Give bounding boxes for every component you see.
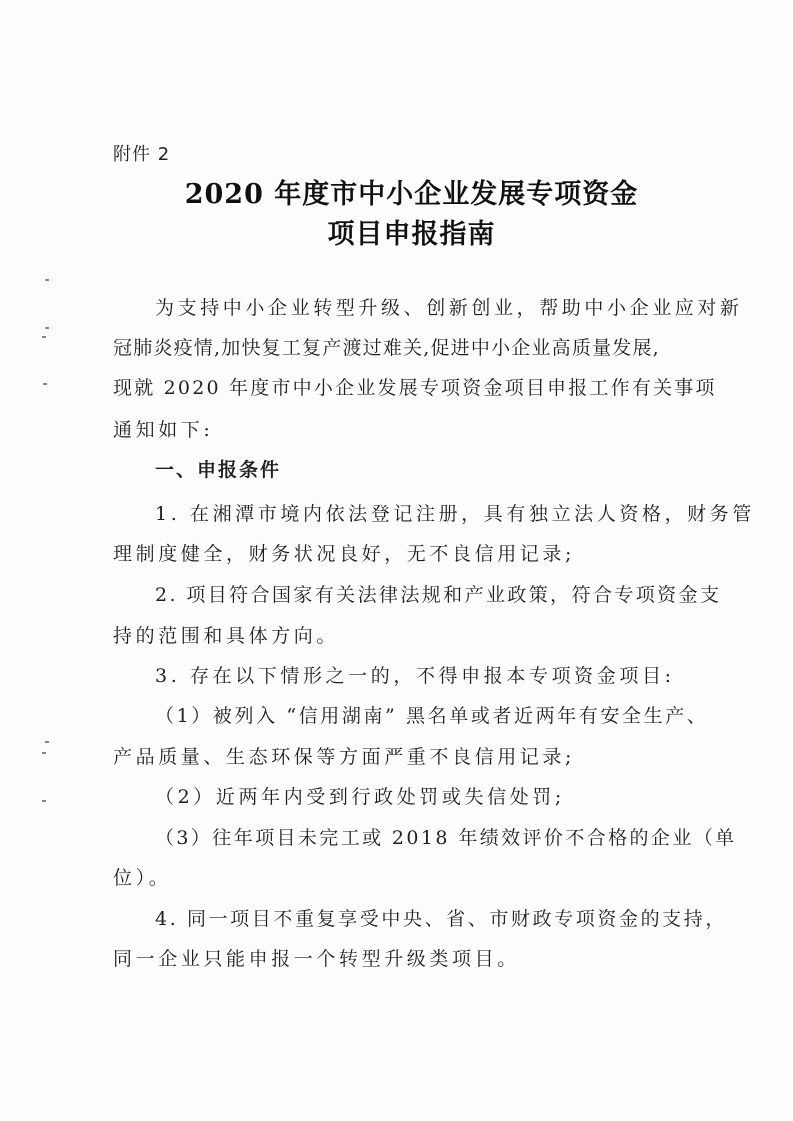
list-item-line: 1. 在湘潭市境内依法登记注册，具有独立法人资格，财务管 [155,502,735,526]
sub-item-line: （1）被列入 “信用湖南” 黑名单或者近两年有安全生产、 [155,704,735,728]
scan-mark [42,800,46,802]
section-heading: 一、申报条件 [155,458,735,482]
attachment-label: 附件 2 [113,140,170,166]
intro-line: 通知如下: [113,418,693,442]
scan-mark [45,279,49,281]
intro-line: 现就 2020 年度市中小企业发展专项资金项目申报工作有关事项 [113,376,693,400]
list-item-line: 持的范围和具体方向。 [113,624,693,648]
sub-item-line: （3）往年项目未完工或 2018 年绩效评价不合格的企业（单 [155,826,735,850]
list-item-line: 3. 存在以下情形之一的，不得申报本专项资金项目: [155,664,735,688]
document-title-line1: 2020 年度市中小企业发展专项资金 [15,172,793,211]
scan-mark [42,752,46,754]
document-page: 附件 2 2020 年度市中小企业发展专项资金 项目申报指南 为支持中小企业转型… [0,0,793,1121]
scan-mark [43,383,47,385]
intro-line: 为支持中小企业转型升级、创新创业，帮助中小企业应对新 [155,296,735,320]
intro-line: 冠肺炎疫情,加快复工复产渡过难关,促进中小企业高质量发展, [113,336,693,360]
list-item-line: 4. 同一项目不重复享受中央、省、市财政专项资金的支持， [155,907,735,931]
list-item-line: 同一企业只能申报一个转型升级类项目。 [113,947,693,971]
scan-mark [45,741,49,743]
scan-mark [42,336,46,338]
list-item-line: 2. 项目符合国家有关法律法规和产业政策，符合专项资金支 [155,583,735,607]
sub-item-line: （2）近两年内受到行政处罚或失信处罚; [155,785,735,809]
scan-mark [45,327,49,329]
sub-item-line: 位）。 [113,866,693,890]
sub-item-line: 产品质量、生态环保等方面严重不良信用记录; [113,745,693,769]
document-title-line2: 项目申报指南 [15,212,793,251]
list-item-line: 理制度健全，财务状况良好，无不良信用记录; [113,542,693,566]
